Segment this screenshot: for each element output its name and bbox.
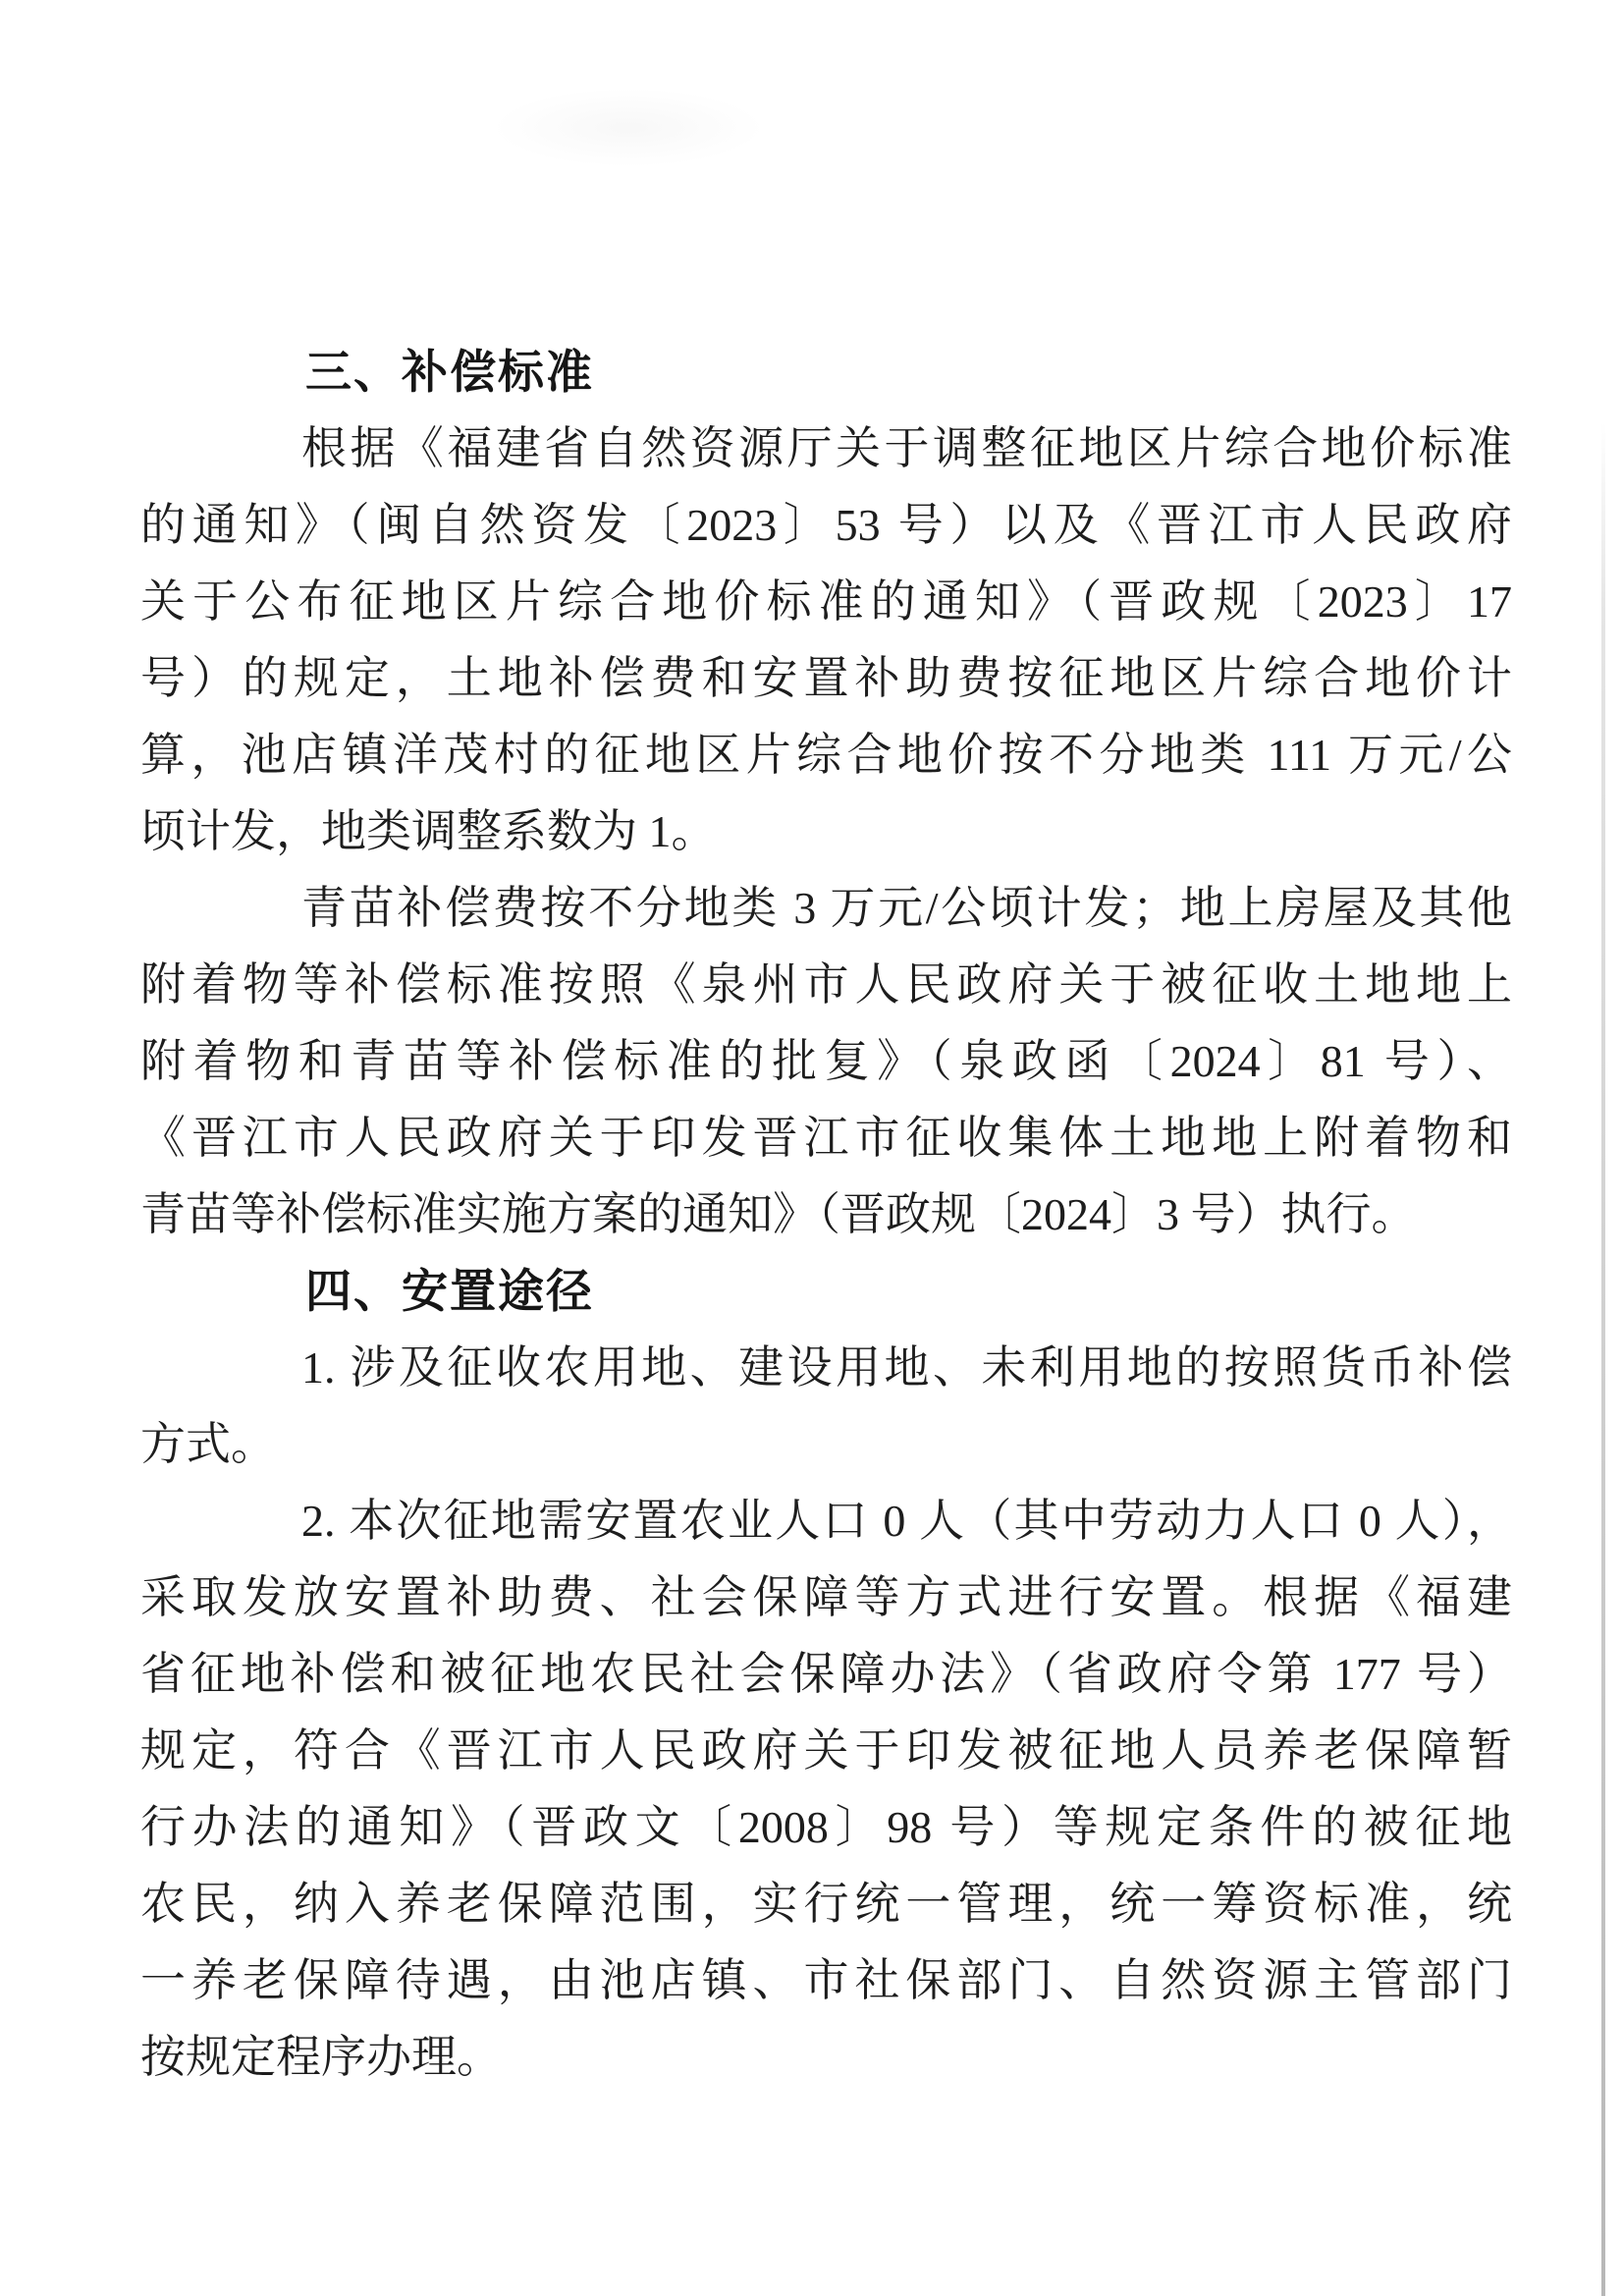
section-heading: 四、安置途径: [140, 1253, 1512, 1330]
text-line: 算，池店镇洋茂村的征地区片综合地价按不分地类 111 万元/公: [140, 717, 1512, 793]
text-line: 附着物等补偿标准按照《泉州市人民政府关于被征收土地地上: [140, 947, 1512, 1023]
text-line: 青苗等补偿标准实施方案的通知》（晋政规〔2024〕3 号）执行。: [140, 1176, 1512, 1253]
text-line: 行办法的通知》（晋政文〔2008〕98 号）等规定条件的被征地: [140, 1789, 1512, 1866]
paragraph: 根据《福建省自然资源厅关于调整征地区片综合地价标准的通知》（闽自然资发〔2023…: [140, 410, 1512, 870]
text-line: 附着物和青苗等补偿标准的批复》（泉政函〔2024〕81 号）、: [140, 1023, 1512, 1100]
text-line: 方式。: [140, 1406, 1512, 1483]
text-line: 省征地补偿和被征地农民社会保障办法》（省政府令第 177 号）: [140, 1636, 1512, 1713]
scan-edge-line: [1601, 422, 1605, 2296]
paragraph: 青苗补偿费按不分地类 3 万元/公顷计发；地上房屋及其他附着物等补偿标准按照《泉…: [140, 870, 1512, 1253]
text-line: 顷计发，地类调整系数为 1。: [140, 793, 1512, 870]
text-line: 的通知》（闽自然资发〔2023〕53 号）以及《晋江市人民政府: [140, 487, 1512, 564]
text-line: 《晋江市人民政府关于印发晋江市征收集体土地地上附着物和: [140, 1100, 1512, 1176]
text-line: 农民，纳入养老保障范围，实行统一管理，统一筹资标准，统: [140, 1866, 1512, 1942]
text-line: 一养老保障待遇，由池店镇、市社保部门、自然资源主管部门: [140, 1942, 1512, 2019]
text-line: 采取发放安置补助费、社会保障等方式进行安置。根据《福建: [140, 1559, 1512, 1636]
text-line: 根据《福建省自然资源厅关于调整征地区片综合地价标准: [140, 410, 1512, 487]
section-heading: 三、补偿标准: [140, 334, 1512, 410]
paragraph: 2. 本次征地需安置农业人口 0 人（其中劳动力人口 0 人），采取发放安置补助…: [140, 1483, 1512, 2096]
text-line: 青苗补偿费按不分地类 3 万元/公顷计发；地上房屋及其他: [140, 870, 1512, 947]
scan-smudge: [491, 88, 766, 167]
text-line: 1. 涉及征收农用地、建设用地、未利用地的按照货币补偿: [140, 1330, 1512, 1406]
document-page: 三、补偿标准根据《福建省自然资源厅关于调整征地区片综合地价标准的通知》（闽自然资…: [0, 0, 1623, 2296]
text-line: 规定，符合《晋江市人民政府关于印发被征地人员养老保障暂: [140, 1713, 1512, 1789]
text-line: 号）的规定，土地补偿费和安置补助费按征地区片综合地价计: [140, 640, 1512, 717]
text-line: 按规定程序办理。: [140, 2019, 1512, 2096]
text-line: 关于公布征地区片综合地价标准的通知》（晋政规〔2023〕17: [140, 564, 1512, 640]
text-line: 2. 本次征地需安置农业人口 0 人（其中劳动力人口 0 人），: [140, 1483, 1512, 1559]
paragraph: 1. 涉及征收农用地、建设用地、未利用地的按照货币补偿方式。: [140, 1330, 1512, 1483]
document-content: 三、补偿标准根据《福建省自然资源厅关于调整征地区片综合地价标准的通知》（闽自然资…: [140, 334, 1512, 2096]
